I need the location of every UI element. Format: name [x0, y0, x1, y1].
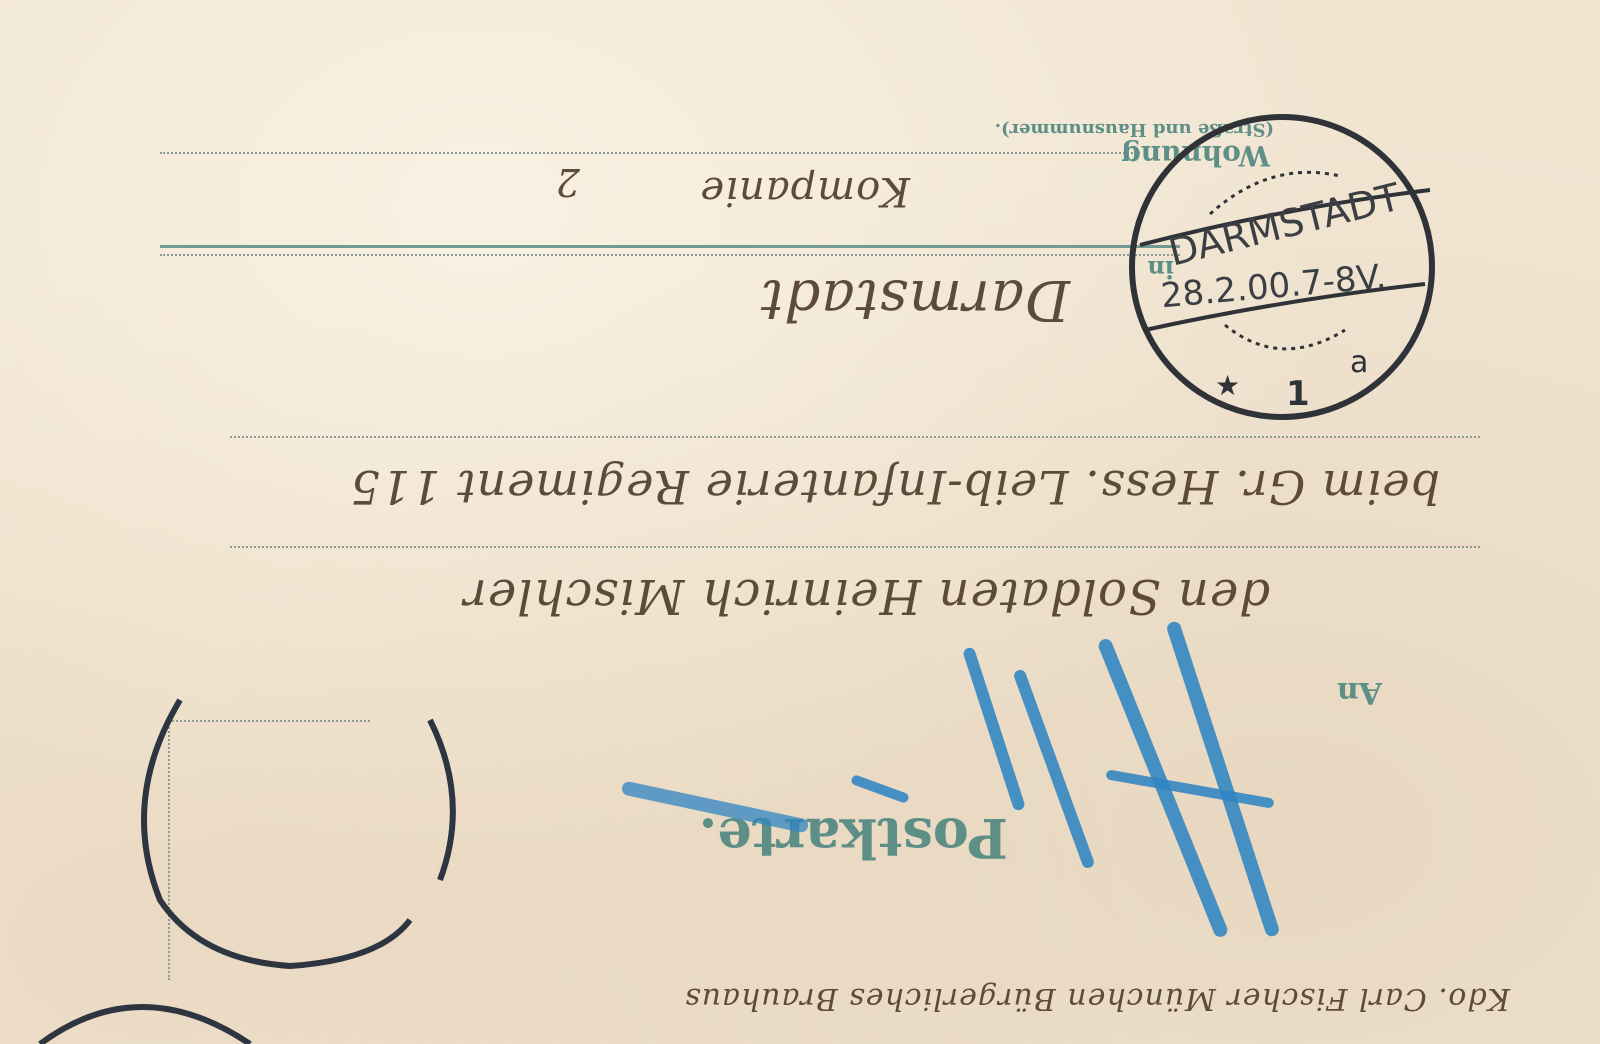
- postmark-star: ★: [1215, 371, 1240, 402]
- postmark-code: 1: [1286, 374, 1310, 414]
- postmark-layer: DARMSTADT 28.2.00.7-8V. ★ 1 a: [0, 0, 1600, 1044]
- postcard: Postkarte. An den Soldaten Heinrich Misc…: [0, 0, 1600, 1044]
- second-cancel-icon: [40, 700, 453, 1044]
- postmark-letter: a: [1350, 345, 1368, 380]
